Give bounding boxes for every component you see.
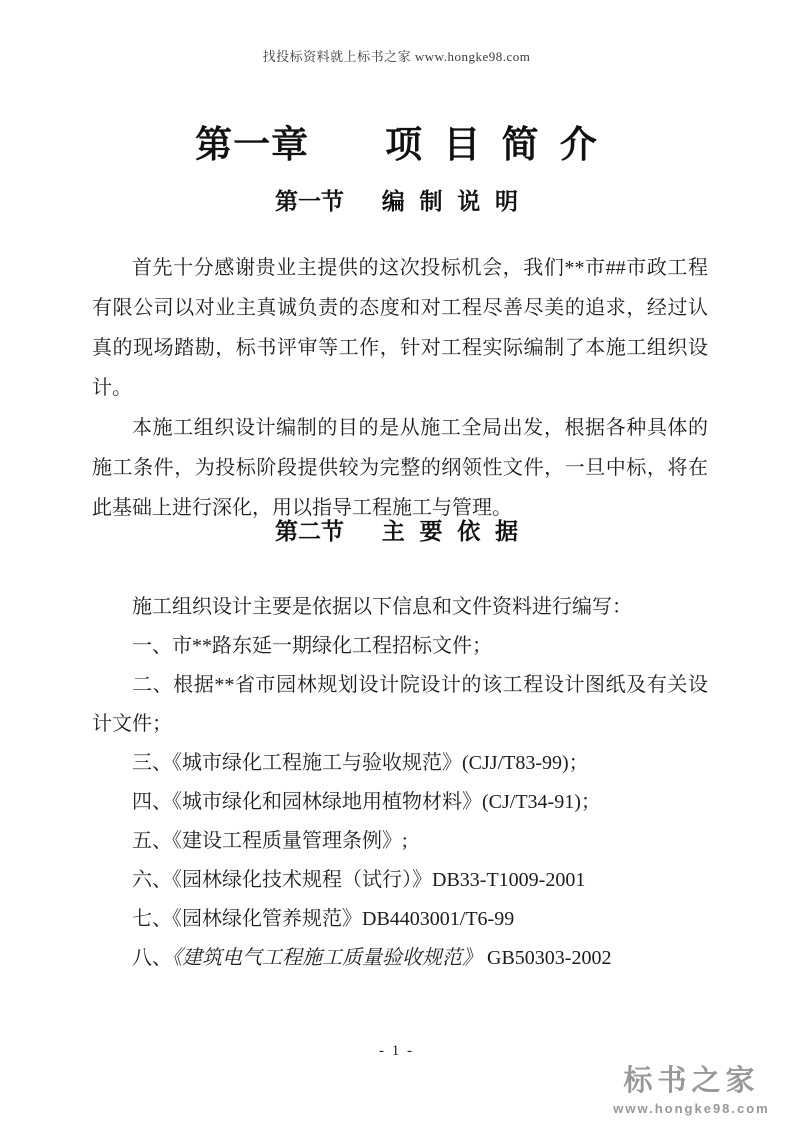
section-2-body: 施工组织设计主要是依据以下信息和文件资料进行编写： 一、市**路东延一期绿化工程…: [92, 588, 708, 978]
chapter-title: 第一章 项 目 简 介: [0, 124, 793, 168]
section-1-body: 首先十分感谢贵业主提供的这次投标机会，我们**市##市政工程有限公司以对业主真诚…: [92, 248, 708, 528]
list-item: 八、《建筑电气工程施工质量验收规范》 GB50303-2002: [92, 939, 708, 978]
watermark-url-text: www.hongke98.com: [604, 1101, 779, 1116]
paragraph: 本施工组织设计编制的目的是从施工全局出发，根据各种具体的施工条件，为投标阶段提供…: [92, 408, 708, 528]
section-2-intro: 施工组织设计主要是依据以下信息和文件资料进行编写：: [92, 588, 708, 627]
list-item: 六、《园林绿化技术规程（试行）》DB33-T1009-2001: [92, 861, 708, 900]
list-item-standard-title: 《建筑电气工程施工质量验收规范》: [172, 947, 482, 969]
list-item: 二、根据**省市园林规划设计院设计的该工程设计图纸及有关设计文件；: [92, 666, 708, 744]
list-item: 三、《城市绿化工程施工与验收规范》(CJJ/T83-99)；: [92, 744, 708, 783]
list-item: 五、《建设工程质量管理条例》;: [92, 822, 708, 861]
page-number: - 1 -: [0, 1043, 793, 1060]
document-page: 找投标资料就上标书之家 www.hongke98.com 第一章 项 目 简 介…: [0, 0, 793, 1122]
section-1-title: 第一节 编 制 说 明: [0, 188, 793, 216]
list-item: 一、市**路东延一期绿化工程招标文件；: [92, 627, 708, 666]
paragraph: 首先十分感谢贵业主提供的这次投标机会，我们**市##市政工程有限公司以对业主真诚…: [92, 248, 708, 408]
page-header-watermark-text: 找投标资料就上标书之家 www.hongke98.com: [0, 46, 793, 65]
list-item-standard-code: GB50303-2002: [482, 947, 611, 969]
site-watermark: 标书之家 www.hongke98.com: [604, 1066, 779, 1116]
list-item: 七、《园林绿化管养规范》DB4403001/T6-99: [92, 900, 708, 939]
watermark-brand-text: 标书之家: [604, 1066, 779, 1098]
section-2-title: 第二节 主 要 依 据: [0, 518, 793, 546]
list-item-number: 八、: [132, 947, 172, 969]
list-item: 四、《城市绿化和园林绿地用植物材料》(CJ/T34-91)；: [92, 783, 708, 822]
